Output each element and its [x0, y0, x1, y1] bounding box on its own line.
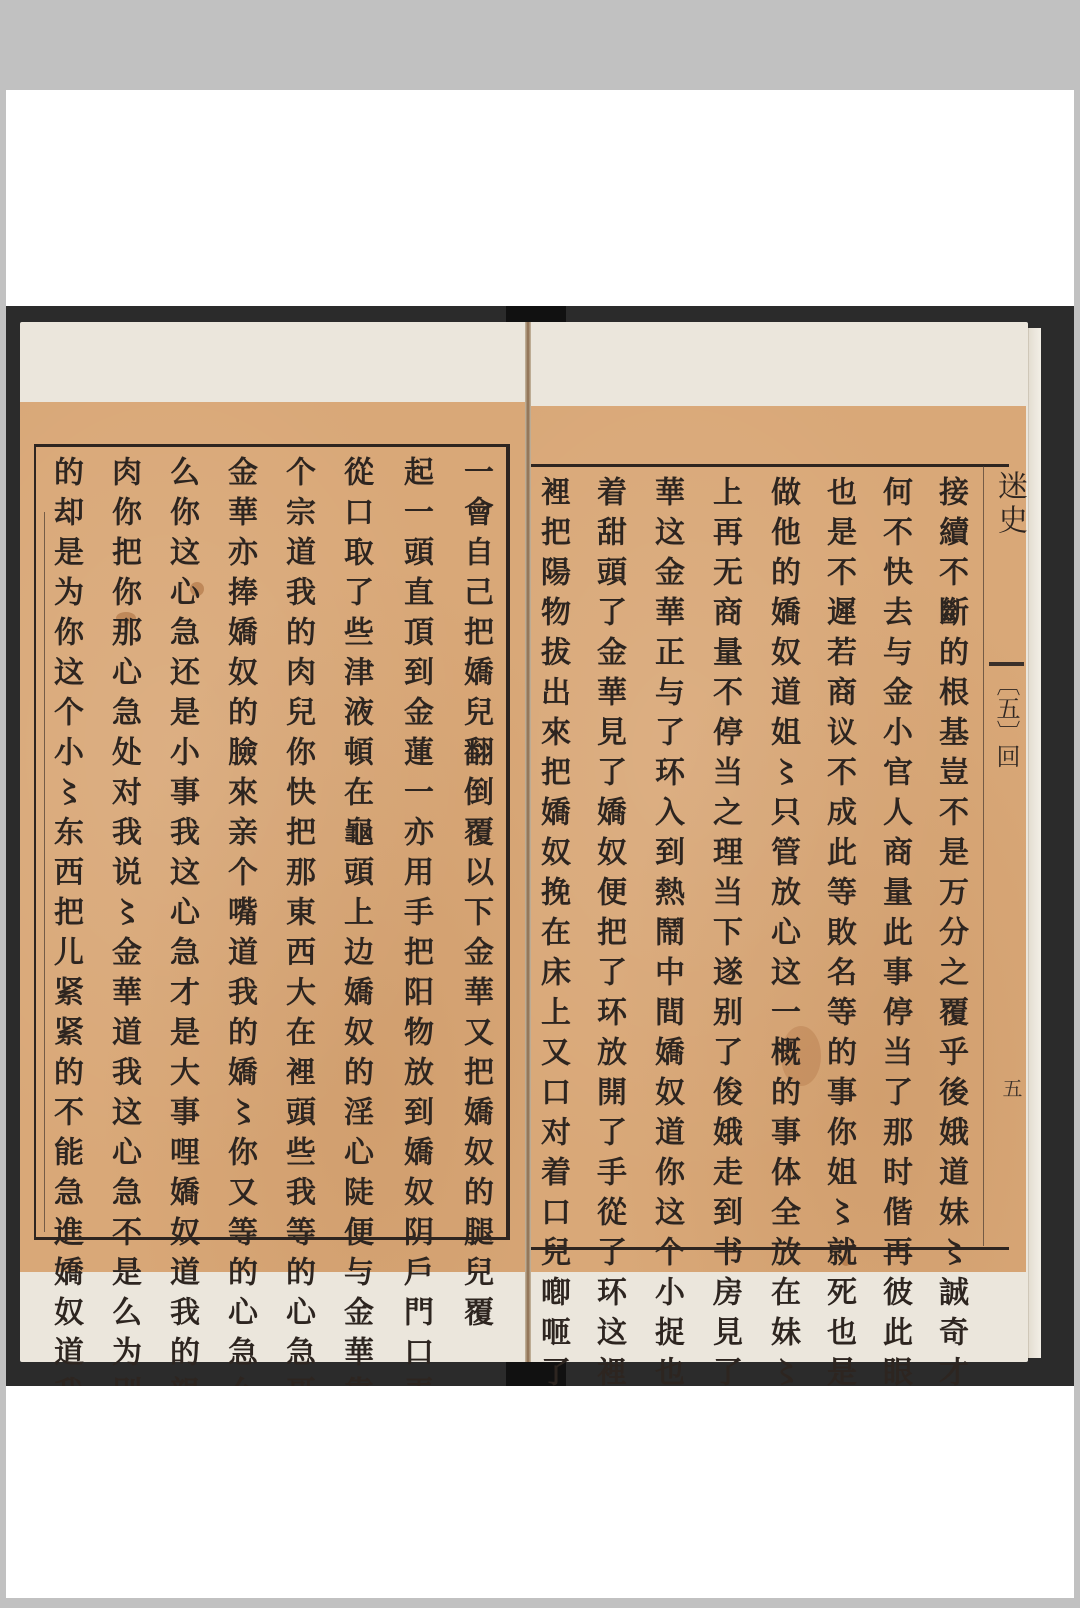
right-page-paper: 迷史 〔五〕回 五 接續不斷的根基豈不是万分之覆乎後娥道妹〻誠奇才也 何不快去与… [531, 406, 1026, 1272]
book-scan-image: 一會自己把嬌兒翻倒覆以下金華又把嬌奴的腿兒覆 起一頭直頂到金蓮一亦用手把阳物放到… [6, 306, 1074, 1386]
text-column: 起一頭直頂到金蓮一亦用手把阳物放到嬌奴阴戶門口弄 [400, 456, 430, 1386]
text-column: 一會自己把嬌兒翻倒覆以下金華又把嬌奴的腿兒覆 [460, 456, 490, 1336]
book-title: 迷史 [987, 470, 1031, 538]
text-column: 的却是为你这个小〻东西把儿紧紧的不能急進嬌奴道我的 [50, 456, 80, 1386]
text-column: 也是不遲若商议不成此等敗名等的事你姐〻就死也是甘 [823, 476, 853, 1386]
column-rule [44, 512, 45, 1232]
text-column: 接續不斷的根基豈不是万分之覆乎後娥道妹〻誠奇才也 [935, 476, 965, 1386]
text-column: 着甜頭了金華見了嬌奴便把了环放開了手從了环这裡 [593, 476, 623, 1386]
chapter-number: 〔五〕回 [989, 662, 1024, 768]
text-column: 么你这心急还是小事我这心急才是大事哩嬌奴道我的親 [166, 456, 196, 1386]
text-column: 肉你把你那心急处对我说〻金華道我这心急不是么为別 [108, 456, 138, 1386]
text-column: 个宗道我的肉兒你快把那東西大在裡頭些我等的心急哥 [282, 456, 312, 1386]
folio-number: 五 [997, 1078, 1026, 1098]
text-column: 上再无商量不停当之理当下遂别了俊娥走到书房見了金 [709, 476, 739, 1386]
text-column: 做他的嬌奴道姐〻只管放心这一概的事体全放在妹〻身 [767, 476, 797, 1386]
text-column: 從口取了些津液頓在龜頭上边嬌奴的淫心陡便与金華靠 [340, 456, 370, 1386]
text-column: 裡把陽物拔出來把嬌奴挽在床上又口对着口兒喞咂了 [537, 476, 567, 1386]
text-column: 華这金華正与了环入到熱鬧中間嬌奴道你这个小捉也這 [651, 476, 681, 1386]
text-column: 何不快去与金小官人商量此事停当了那时偕再彼此眼看 [879, 476, 909, 1386]
left-page-paper: 一會自己把嬌兒翻倒覆以下金華又把嬌奴的腿兒覆 起一頭直頂到金蓮一亦用手把阳物放到… [20, 402, 525, 1272]
text-column: 金華亦捧嬌奴的臉來亲个嘴道我的嬌〻你又等的心急么 [224, 456, 254, 1386]
margin-rule [983, 466, 984, 1246]
open-book: 一會自己把嬌兒翻倒覆以下金華又把嬌奴的腿兒覆 起一頭直頂到金蓮一亦用手把阳物放到… [20, 322, 1060, 1364]
